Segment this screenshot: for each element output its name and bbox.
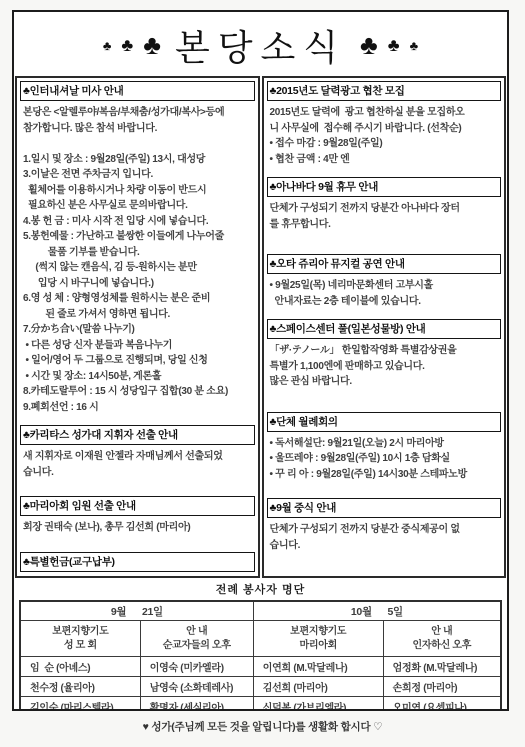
- section-anabada-closed: ♣아나바다 9월 휴무 안내 단체가 구성되기 전까지 당분간 아나바다 장터 …: [267, 177, 502, 232]
- club-icon: ♣: [143, 32, 161, 59]
- role-header: 안 내 순교자들의 오후: [140, 621, 253, 657]
- right-column: ♣2015년도 달력광고 협찬 모집 2015년도 달력에 광고 협찬하실 분을…: [262, 76, 507, 578]
- volunteer-cell: 오미연 (요셉피나): [383, 697, 501, 712]
- section-ota-julia-musical: ♣오타 쥬리아 뮤지컬 공연 안내 • 9월25일(목) 네리마문화센터 고부시…: [267, 254, 502, 309]
- role-header: 안 내 인자하신 오후: [383, 621, 501, 657]
- section-title: ♣오타 쥬리아 뮤지컬 공연 안내: [267, 254, 502, 274]
- table-row: 임 순 (아녜스) 이영숙 (미카엘라) 이연희 (M.막달레나) 엄정화 (M…: [20, 657, 501, 677]
- section-calendar-ads: ♣2015년도 달력광고 협찬 모집 2015년도 달력에 광고 협찬하실 분을…: [267, 81, 502, 167]
- section-title: ♣아나바다 9월 휴무 안내: [267, 177, 502, 197]
- volunteer-cell: 임 순 (아녜스): [20, 657, 140, 677]
- club-icon: ♣: [103, 39, 112, 52]
- section-body: 단체가 구성되기 전까지 당분간 아나바다 장터 를 휴무합니다.: [267, 201, 502, 232]
- volunteer-cell: 황명자 (세실리아): [140, 697, 253, 712]
- role-header-row: 보편지향기도 성 모 회 안 내 순교자들의 오후 보편지향기도 마리아회 안 …: [20, 621, 501, 657]
- volunteer-cell: 이영숙 (미카엘라): [140, 657, 253, 677]
- section-international-mass: ♣인터내셔날 미사 안내 본당은 <알렐루야/복음/부채춤/성가대/복사>등에 …: [20, 81, 255, 415]
- section-title: ♣2015년도 달력광고 협찬 모집: [267, 81, 502, 101]
- section-title: ♣특별헌금(교구납부): [20, 552, 255, 572]
- volunteer-cell: 엄정화 (M.막달레나): [383, 657, 501, 677]
- section-title: ♣스페이스센터 풀(일본성물방) 안내: [267, 319, 502, 339]
- left-column: ♣인터내셔날 미사 안내 본당은 <알렐루야/복음/부채춤/성가대/복사>등에 …: [15, 76, 260, 578]
- volunteer-cell: 신덕복 (가브리엘라): [253, 697, 383, 712]
- club-icon: ♣: [388, 36, 400, 54]
- date-header: 10월 5일: [253, 601, 501, 621]
- volunteer-cell: 김인숙 (마리스텔라): [20, 697, 140, 712]
- section-caritas-choir: ♣카리타스 성가대 지휘자 선출 안내 새 지휘자로 이재원 안젤라 자매님께서…: [20, 425, 255, 480]
- section-september-lunch: ♣9월 중식 안내 단체가 구성되기 전까지 당분간 중식제공이 없 습니다.: [267, 498, 502, 553]
- date-header-row: 9월 21일 10월 5일: [20, 601, 501, 621]
- volunteer-table: 9월 21일 10월 5일 보편지향기도 성 모 회 안 내 순교자들의 오후 …: [19, 600, 502, 711]
- section-special-offering: ♣특별헌금(교구납부) 오늘은 [세계 난민 이주 이동자의 날 헌금] 이 있…: [20, 552, 255, 579]
- section-space-center-paul: ♣스페이스센터 풀(일본성물방) 안내 「ザ·テノール」 한일합작영화 특별감상…: [267, 319, 502, 390]
- section-title: ♣마리아회 임원 선출 안내: [20, 496, 255, 516]
- volunteer-cell: 김선희 (마리아): [253, 677, 383, 697]
- bulletin-title: 본당소식: [175, 20, 346, 71]
- table-title: 전례 봉사자 명단: [19, 581, 502, 597]
- section-maria-officers: ♣마리아회 임원 선출 안내 회장 권태숙 (보나), 총무 김선희 (마리아): [20, 496, 255, 536]
- section-title: ♣인터내셔날 미사 안내: [20, 81, 255, 101]
- section-body: 「ザ·テノール」 한일합작영화 특별감상권을 특별가 1,100엔에 판매하고 …: [267, 343, 502, 390]
- role-header: 보편지향기도 마리아회: [253, 621, 383, 657]
- volunteer-cell: 남영숙 (소화데레사): [140, 677, 253, 697]
- table-row: 천수정 (율리아) 남영숙 (소화데레사) 김선희 (마리아) 손희정 (마리아…: [20, 677, 501, 697]
- table-row: 김인숙 (마리스텔라) 황명자 (세실리아) 신덕복 (가브리엘라) 오미연 (…: [20, 697, 501, 712]
- section-body: 회장 권태숙 (보나), 총무 김선희 (마리아): [20, 520, 255, 536]
- volunteer-cell: 천수정 (율리아): [20, 677, 140, 697]
- section-body: • 9월25일(목) 네리마문화센터 고부시홀 안내자료는 2층 테이블에 있습…: [267, 278, 502, 309]
- club-icon: ♣: [360, 32, 378, 59]
- section-title: ♣단체 월례회의: [267, 412, 502, 432]
- section-title: ♣카리타스 성가대 지휘자 선출 안내: [20, 425, 255, 445]
- club-icon: ♣: [121, 36, 133, 54]
- section-monthly-meetings: ♣단체 월례회의 • 독서해설단: 9월21일(오늘) 2시 마리아방 • 울뜨…: [267, 412, 502, 483]
- section-body: 단체가 구성되기 전까지 당분간 중식제공이 없 습니다.: [267, 522, 502, 553]
- section-body: 오늘은 [세계 난민 이주 이동자의 날 헌금] 이 있습니다.: [20, 576, 255, 579]
- section-body: 본당은 <알렐루야/복음/부채춤/성가대/복사>등에 참가합니다. 많은 참석 …: [20, 105, 255, 415]
- role-header: 보편지향기도 성 모 회: [20, 621, 140, 657]
- bulletin-header: ♣ ♣ ♣ 본당소식 ♣ ♣ ♣: [14, 12, 507, 74]
- date-header: 9월 21일: [20, 601, 253, 621]
- section-body: 2015년도 달력에 광고 협찬하실 분을 모집하오 니 사무실에 접수해 주시…: [267, 105, 502, 167]
- section-body: 새 지휘자로 이재원 안젤라 자매님께서 선출되었 습니다.: [20, 449, 255, 480]
- volunteer-cell: 이연희 (M.막달레나): [253, 657, 383, 677]
- footer-motto: ♥ 성가(주님께 모든 것을 알립니다)를 생활화 합시다 ♡: [0, 719, 525, 734]
- section-title: ♣9월 중식 안내: [267, 498, 502, 518]
- section-body: • 독서해설단: 9월21일(오늘) 2시 마리아방 • 울뜨레야 : 9월28…: [267, 436, 502, 483]
- bulletin-page: ♣ ♣ ♣ 본당소식 ♣ ♣ ♣ ♣인터내셔날 미사 안내 본당은 <알렐루야/…: [12, 10, 509, 711]
- volunteer-cell: 손희정 (마리아): [383, 677, 501, 697]
- club-icon: ♣: [410, 39, 419, 52]
- volunteer-roster: 전례 봉사자 명단 9월 21일 10월 5일 보편지향기도 성 모 회 안 내…: [14, 581, 507, 711]
- news-columns: ♣인터내셔날 미사 안내 본당은 <알렐루야/복음/부채춤/성가대/복사>등에 …: [15, 76, 506, 578]
